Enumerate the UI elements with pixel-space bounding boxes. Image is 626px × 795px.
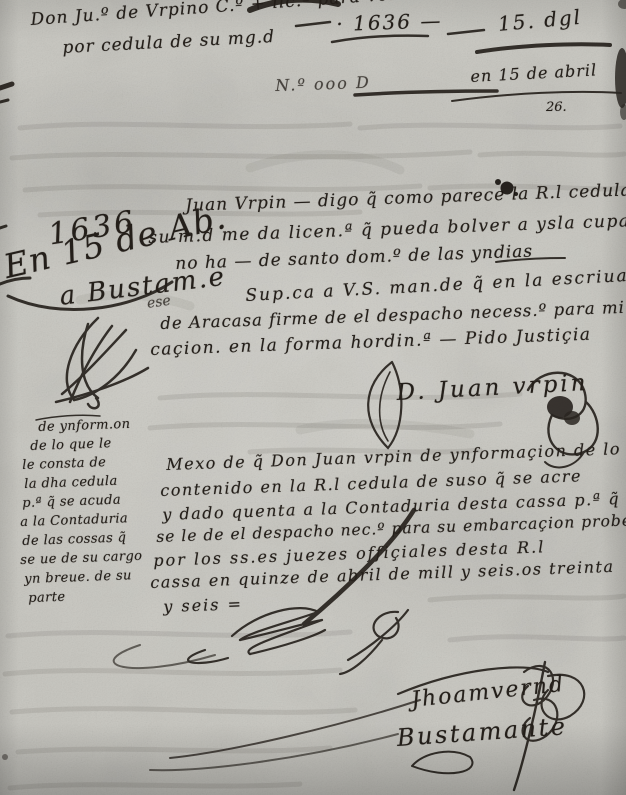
file-mark-underline: [448, 30, 610, 52]
margin-note-line: la dha cedula: [24, 474, 118, 492]
manuscript-page: Don Ju.º de Vrpino C.º + lic.ª para volv…: [0, 0, 626, 795]
file-mark: 15. dgl: [497, 5, 583, 36]
margin-note-line: de ynform.on: [38, 417, 131, 435]
signature-juan-urpin: D. Juan vrpin: [396, 370, 589, 406]
left-column-addressee: a Bustam.e: [58, 262, 228, 312]
signature-official-1: Jhoamvernd: [410, 672, 566, 713]
decree-line: y seis =: [163, 594, 243, 616]
margin-note-line: de las cossas q̃: [22, 530, 127, 549]
rubric-monogram: [56, 318, 148, 408]
margin-note-line: p.ª q̃ se acuda: [22, 493, 121, 511]
central-rubric-2: [340, 610, 408, 674]
petition-line: Juan Vrpin — digo q̃ como parece la R.l …: [185, 179, 626, 216]
archivist-note-line2: por cedula de su mg.d: [62, 27, 276, 58]
registry-number: N.º ooo D: [275, 73, 371, 95]
received-date-underline: [452, 92, 621, 101]
margin-note-line: yn breue. de su: [24, 568, 132, 587]
signature-official-2: Bustamante: [396, 712, 568, 752]
margin-note-line: parte: [28, 590, 66, 606]
margin-note-line: se ue de su cargo: [20, 549, 143, 568]
margin-note-line: le consta de: [22, 455, 107, 473]
left-column-word: ese: [146, 293, 172, 312]
central-rubric-1: [114, 608, 325, 668]
margin-note-line: de lo que le: [30, 436, 112, 454]
year-mark: · 1636 —: [336, 8, 443, 36]
received-date: en 15 de abril: [470, 60, 598, 86]
petition-line: no ha — de santo dom.º de las yndias: [175, 242, 533, 274]
margin-note-line: a la Contaduria: [20, 511, 128, 530]
folio-number: 26.: [546, 100, 567, 115]
registry-dash: [355, 91, 497, 95]
